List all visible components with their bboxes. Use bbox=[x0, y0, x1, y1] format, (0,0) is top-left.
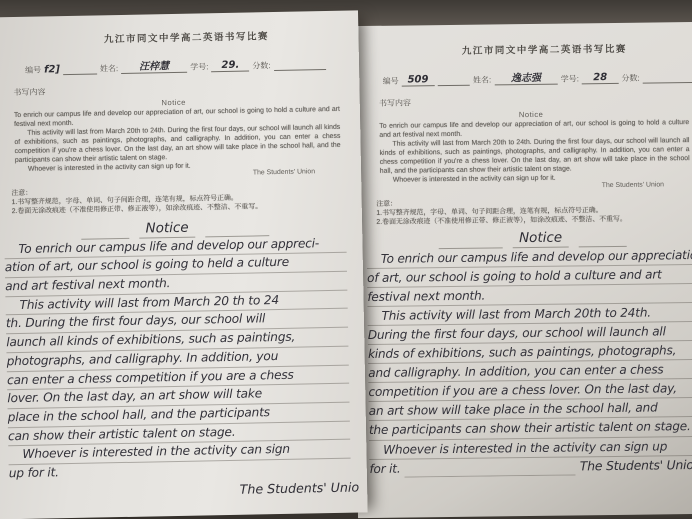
printed-paragraph-2: This activity will last from March 20th … bbox=[379, 136, 689, 176]
id-label: 编号 bbox=[383, 76, 399, 87]
id-label: 编号 bbox=[25, 65, 41, 76]
handwritten-signature: The Students' Union bbox=[580, 456, 692, 476]
notes-block: 注意： 1.书写整齐规范，字母、单词、句子间距合理，连笔有规，标点符号正确。 2… bbox=[11, 183, 347, 217]
ruled-segment bbox=[81, 225, 129, 239]
blank-line bbox=[63, 64, 97, 75]
printed-notice-body: To enrich our campus life and develop ou… bbox=[14, 105, 341, 174]
name-value-handwritten: 逸志强 bbox=[494, 69, 558, 86]
ruled-segment bbox=[404, 461, 576, 477]
ruled-segment bbox=[439, 235, 503, 249]
printed-paragraph-2: This activity will last from March 20th … bbox=[14, 123, 341, 165]
ruled-segment bbox=[578, 233, 626, 247]
sheet-left: 九江市同文中学高二英语书写比赛 编号 f2] 姓名: 汪梓慧 学号: 29. 分… bbox=[0, 10, 368, 519]
score-label: 分数: bbox=[252, 60, 270, 71]
student-no-label: 学号: bbox=[561, 73, 579, 84]
handwritten-last-line: for it. The Students' Union bbox=[369, 456, 692, 478]
handwritten-notice-title: Notice bbox=[139, 219, 194, 238]
name-label: 姓名: bbox=[473, 74, 491, 85]
student-no-label: 学号: bbox=[190, 61, 208, 72]
section-label: 书写内容 bbox=[379, 94, 692, 109]
handwritten-notice-title: Notice bbox=[513, 229, 568, 248]
name-label: 姓名: bbox=[100, 63, 118, 74]
competition-title: 九江市同文中学高二英语书写比赛 bbox=[48, 27, 324, 46]
student-no-value-handwritten: 29. bbox=[211, 60, 249, 73]
score-label: 分数: bbox=[621, 73, 639, 84]
name-value-handwritten: 汪梓慧 bbox=[121, 57, 187, 74]
handwritten-signature: The Students' Unio bbox=[9, 479, 359, 501]
competition-title: 九江市同文中学高二英语书写比赛 bbox=[414, 40, 674, 57]
score-blank-line bbox=[274, 60, 326, 71]
notes-block: 注意： 1.书写整齐规范，字母、单词、句子间距合理，连笔有规，标点符号正确。 2… bbox=[376, 196, 692, 228]
printed-notice-body: To enrich our campus life and develop ou… bbox=[379, 118, 690, 185]
handwritten-section: Notice To enrich our campus life and dev… bbox=[4, 217, 351, 501]
student-no-value-handwritten: 28 bbox=[582, 72, 619, 84]
handwritten-section: Notice To enrich our campus life and dev… bbox=[367, 229, 692, 478]
handwritten-line-start: for it. bbox=[369, 459, 400, 477]
score-blank-line bbox=[643, 73, 692, 84]
id-value-handwritten: f2] bbox=[44, 64, 60, 75]
header-fields: 编号 509 姓名: 逸志强 学号: 28 分数: bbox=[383, 67, 692, 87]
blank-line bbox=[437, 76, 470, 86]
header-fields: 编号 f2] 姓名: 汪梓慧 学号: 29. 分数: bbox=[25, 54, 343, 76]
id-value-handwritten: 509 bbox=[402, 74, 435, 86]
photo-of-two-handwriting-sheets: 九江市同文中学高二英语书写比赛 编号 f2] 姓名: 汪梓慧 学号: 29. 分… bbox=[0, 0, 692, 519]
ruled-segment bbox=[205, 223, 269, 237]
sheet-right: 九江市同文中学高二英语书写比赛 编号 509 姓名: 逸志强 学号: 28 分数… bbox=[352, 22, 692, 518]
